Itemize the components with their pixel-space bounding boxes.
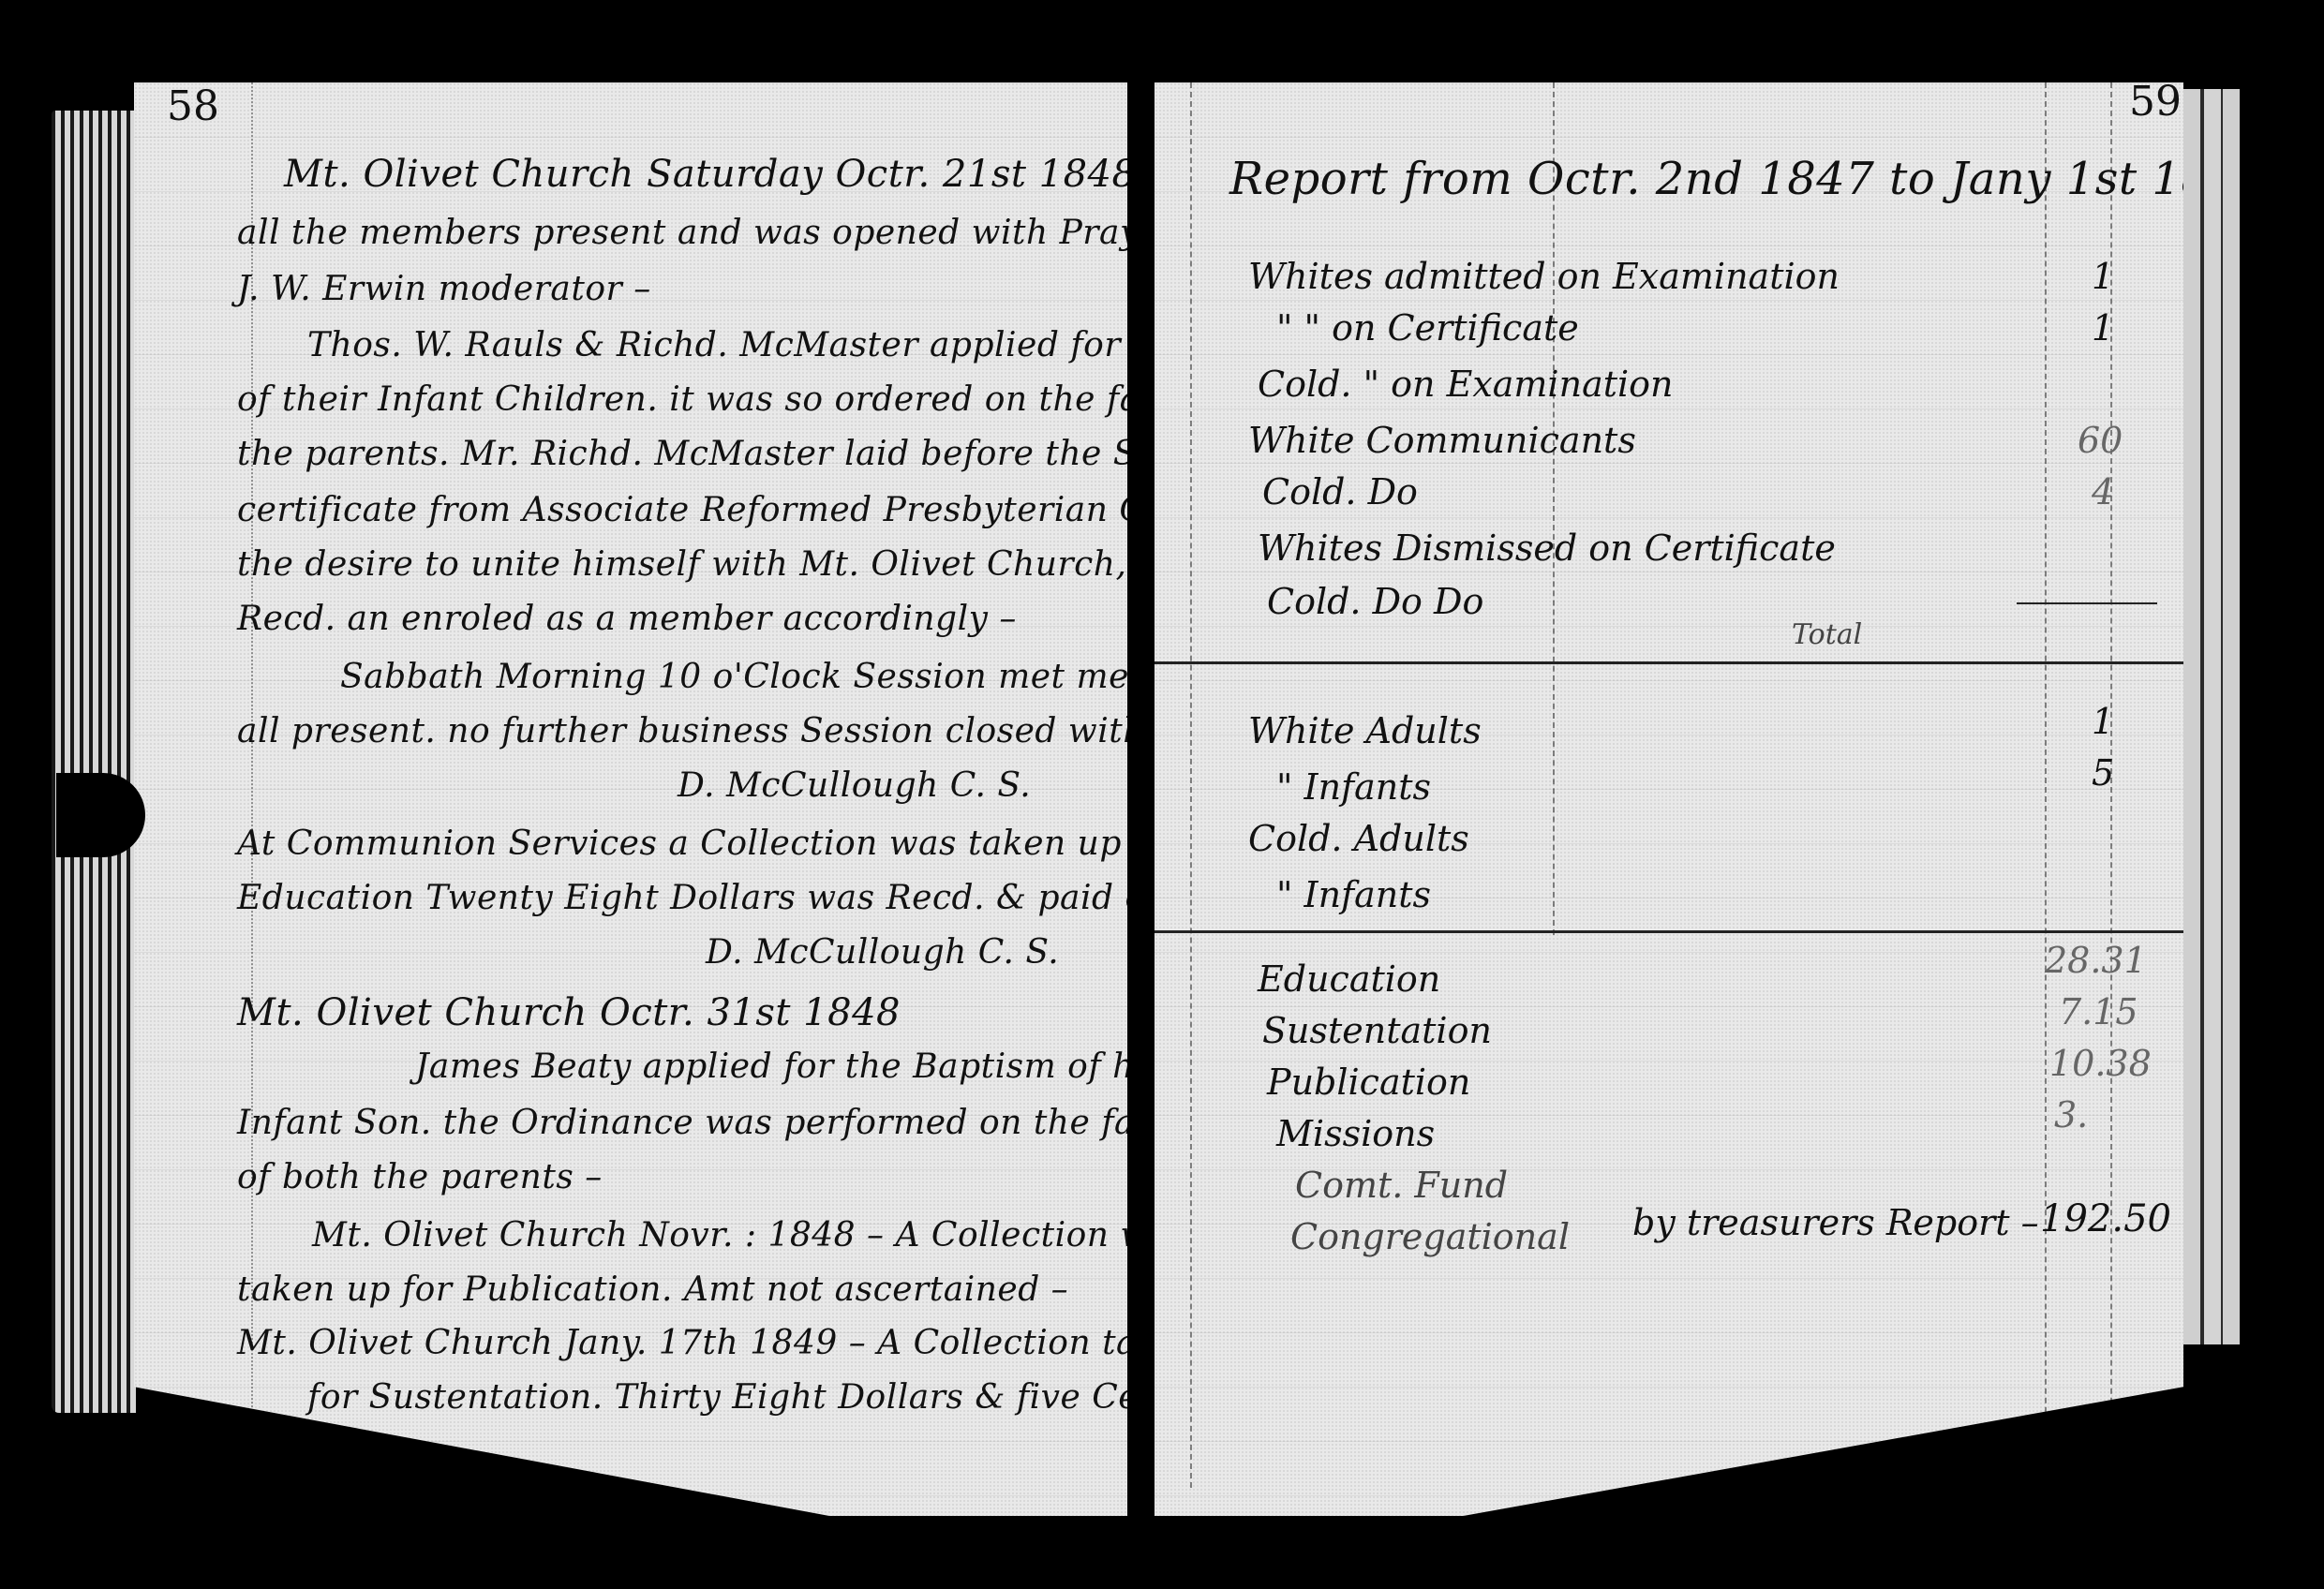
minute-line: the parents. Mr. Richd. McMaster laid be… <box>237 435 1278 473</box>
total-rule <box>2017 602 2157 604</box>
minute-line: At Communion Services a Collection was t… <box>237 824 1184 863</box>
report-row-label: Cold. Adults <box>1248 818 1469 859</box>
report-title: Report from Octr. 2nd 1847 to Jany 1st 1… <box>1229 153 2306 205</box>
report-row-value: 1 <box>2092 307 2114 349</box>
minute-line: taken up for Publication. Amt not ascert… <box>237 1270 1068 1309</box>
minute-line: Sabbath Morning 10 o'Clock Session met m… <box>340 658 1239 696</box>
report-row-label: Publication <box>1267 1062 1470 1103</box>
minute-line: the desire to unite himself with Mt. Oli… <box>237 545 1259 584</box>
column-rule <box>2045 82 2048 1488</box>
report-row-value: 192.50 <box>2040 1197 2171 1240</box>
report-row-label: Cold. " on Examination <box>1258 364 1674 405</box>
report-row-label: Education <box>1258 958 1440 1000</box>
right-page-edges <box>2183 89 2240 1344</box>
page-number-right: 59 <box>2129 78 2182 126</box>
margin-rule <box>1190 82 1193 1488</box>
book-gutter <box>1127 80 1155 1522</box>
report-row-label: Cold. Do <box>1262 471 1418 512</box>
report-row-label: Whites Dismissed on Certificate <box>1258 527 1836 569</box>
minute-heading: Mt. Olivet Church Octr. 31st 1848 <box>237 991 901 1034</box>
report-row-label: Cold. Do Do <box>1267 581 1483 622</box>
report-row-value: 28.31 <box>2045 940 2147 981</box>
section-divider <box>1155 661 2183 664</box>
minute-line: of both the parents – <box>237 1158 603 1196</box>
report-row-value: 1 <box>2092 701 2114 742</box>
total-label: Total <box>1792 618 1862 651</box>
report-row-value: 60 <box>2078 420 2123 461</box>
minute-line: Mt. Olivet Church Jany. 17th 1849 – A Co… <box>237 1324 1256 1362</box>
section-divider <box>1155 930 2183 933</box>
book-clip <box>56 773 145 857</box>
signature: D. McCullough C. S. <box>706 933 1059 972</box>
report-row-label: White Communicants <box>1248 420 1636 461</box>
page-number-left: 58 <box>167 82 219 130</box>
report-row-label: Sustentation <box>1262 1010 1492 1051</box>
report-row-label: Congregational <box>1290 1216 1570 1257</box>
report-row-value: 1 <box>2092 256 2114 297</box>
minute-line: Mt. Olivet Church Novr. : 1848 – A Colle… <box>312 1216 1188 1255</box>
report-row-value: 10.38 <box>2049 1043 2152 1084</box>
report-row-label: " Infants <box>1276 874 1431 915</box>
report-row-label: White Adults <box>1248 710 1482 751</box>
report-row-label: " Infants <box>1276 766 1431 808</box>
treasurer-note: by treasurers Report – <box>1632 1202 2039 1243</box>
column-rule <box>1553 82 1556 935</box>
right-page: 59 7 Report from Octr. 2nd 1847 to Jany … <box>1155 82 2183 1516</box>
report-row-value: 5 <box>2092 752 2114 794</box>
microfilm-scan: 58 Mt. Olivet Church Saturday Octr. 21st… <box>0 0 2324 1589</box>
minute-line: James Beaty applied for the Baptism of h… <box>415 1047 1164 1086</box>
minute-line: Infant Son. the Ordinance was performed … <box>237 1104 1183 1142</box>
report-row-value: 4 <box>2092 471 2114 512</box>
report-row-label: Whites admitted on Examination <box>1248 256 1840 297</box>
report-row-label: Comt. Fund <box>1295 1165 1508 1206</box>
minute-line: Recd. an enroled as a member accordingly… <box>237 600 1017 638</box>
report-row-label: " " on Certificate <box>1276 307 1579 349</box>
minute-line: J. W. Erwin moderator – <box>237 270 651 308</box>
signature: D. McCullough C. S. <box>678 766 1031 805</box>
minute-line: all present. no further business Session… <box>237 712 1274 750</box>
minute-line: of their Infant Children. it was so orde… <box>237 380 1232 419</box>
report-row-value: 7.15 <box>2059 991 2138 1032</box>
report-row-value: 3. <box>2054 1094 2088 1136</box>
minute-line: Education Twenty Eight Dollars was Recd.… <box>237 879 1277 917</box>
left-page: 58 Mt. Olivet Church Saturday Octr. 21st… <box>134 82 1127 1516</box>
left-page-edges <box>52 111 136 1413</box>
report-row-label: Missions <box>1276 1113 1435 1154</box>
